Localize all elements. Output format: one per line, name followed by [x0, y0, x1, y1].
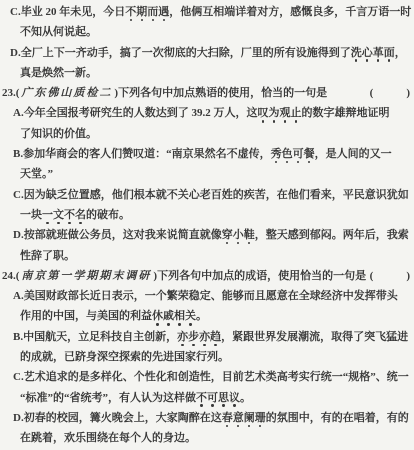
text-segment: ，	[395, 47, 406, 59]
continuation-line: 作用的中国，与美国的利益休戚相关。	[0, 306, 414, 326]
emphasized-idiom: 不期而遇	[125, 6, 169, 18]
text-segment: 不知从何说起。	[20, 26, 97, 38]
text-segment: 一块	[20, 209, 42, 221]
text-segment: 的氛围中，有的在唱着，有的	[266, 412, 409, 424]
source-citation: 广东佛山质检二	[19, 87, 114, 99]
source-citation: 南京第一学期期末调研	[19, 270, 153, 282]
emphasized-idiom: 休戚相关	[152, 310, 196, 322]
question-line: 23.(广东佛山质检二)下列各句中加点熟语的使用，恰当的一句是( )	[0, 83, 414, 103]
text-segment: 在跳着，欢乐围绕在每个人的身边。	[20, 432, 196, 444]
text-segment: 的成就，已跻身深空探索的先进国家行列。	[20, 351, 229, 363]
emphasized-idiom: 穿小鞋	[222, 229, 255, 241]
answer-bracket: ( )	[370, 83, 410, 103]
emphasized-idiom: 不可思议	[196, 392, 240, 404]
text-segment: ，是人间的又一	[315, 148, 392, 160]
emphasized-idiom: 春意阑珊	[222, 412, 266, 424]
continuation-line: 天堂。”	[0, 164, 414, 184]
text-segment: 。	[240, 392, 251, 404]
text-segment: )下列各句中加点熟语的使用，恰当的一句是	[114, 87, 327, 99]
exam-document: C.毕业 20 年未见，今日不期而遇，他俩互相端详着对方，感慨良多，千言万语一时…	[0, 0, 414, 450]
option-line: C.因为缺乏位置感，他们根本就不关心老百姓的疾苦，在他们看来，平民意识犹如	[0, 185, 414, 205]
text-segment: B.参加华商会的客人们赞叹道：“南京果然名不虚传，	[13, 148, 271, 160]
text-segment: ，紧跟世界发展潮流，取得了突飞猛进	[221, 331, 408, 343]
text-segment: ，整天感到郁闷。两年后，我索	[255, 229, 409, 241]
text-segment: 天堂。”	[20, 168, 53, 180]
text-segment: 的破布。	[86, 209, 130, 221]
text-segment: A.今年全国报考研究生的人数达到了 39.2 万人，这	[13, 107, 257, 119]
answer-bracket: ( )	[370, 266, 410, 286]
text-segment: 23.(	[2, 87, 19, 99]
continuation-line: 真是焕然一新。	[0, 63, 414, 83]
text-segment: 24.(	[2, 270, 19, 282]
option-line: C.毕业 20 年未见，今日不期而遇，他俩互相端详着对方，感慨良多，千言万语一时	[0, 2, 414, 22]
option-line: A.今年全国报考研究生的人数达到了 39.2 万人，这叹为观止的数字雄辩地证明	[0, 103, 414, 123]
question-line: 24.(南京第一学期期末调研)下列各句中加点的成语，使用恰当的一句是( )	[0, 266, 414, 286]
continuation-line: 一块一文不名的破布。	[0, 205, 414, 225]
option-line: C.艺术追求的是多样化、个性化和创造性，目前艺术类高考实行统一“规格”、统一	[0, 367, 414, 387]
text-segment: ，他俩互相端详着对方，感慨良多，千言万语一时	[169, 6, 411, 18]
emphasized-idiom: 秀色可餐	[271, 148, 315, 160]
emphasized-idiom: 叹为观止	[257, 107, 301, 119]
text-segment: 性辞了职。	[20, 250, 75, 262]
text-segment: 作用的中国，与美国的利益	[20, 310, 152, 322]
option-line: B.中国航天，立足科技自主创新，亦步亦趋，紧跟世界发展潮流，取得了突飞猛进	[0, 327, 414, 347]
emphasized-idiom: 亦步亦趋	[177, 331, 221, 343]
text-segment: D.全厂上下一齐动手，搞了一次彻底的大扫除，厂里的所有设施得到了	[10, 47, 351, 59]
text-segment: “标准”的“省统考”，有人认为这样做	[20, 392, 196, 404]
text-segment: C.毕业 20 年未见，今日	[10, 6, 125, 18]
text-segment: 真是焕然一新。	[20, 67, 97, 79]
emphasized-idiom: 洗心革面	[351, 47, 395, 59]
continuation-line: “标准”的“省统考”，有人认为这样做不可思议。	[0, 388, 414, 408]
option-line: D.初春的校园，篝火晚会上，大家陶醉在这春意阑珊的氛围中，有的在唱着，有的	[0, 408, 414, 428]
text-segment: 。	[196, 310, 207, 322]
continuation-line: 的成就，已跻身深空探索的先进国家行列。	[0, 347, 414, 367]
text-segment: D.初春的校园，篝火晚会上，大家陶醉在这	[13, 412, 222, 424]
option-line: D.全厂上下一齐动手，搞了一次彻底的大扫除，厂里的所有设施得到了洗心革面，	[0, 43, 414, 63]
option-line: A.美国财政部长近日表示，一个繁荣稳定、能够而且愿意在全球经济中发挥带头	[0, 286, 414, 306]
text-segment: C.艺术追求的是多样化、个性化和创造性，目前艺术类高考实行统一“规格”、统一	[13, 371, 409, 383]
text-segment: A.美国财政部长近日表示，一个繁荣稳定、能够而且愿意在全球经济中发挥带头	[13, 290, 398, 302]
text-segment: D.按部就班做公务员，这对我来说简直就像	[13, 229, 222, 241]
text-segment: )下列各句中加点的成语，使用恰当的一句是	[153, 270, 366, 282]
text-segment: 了知识的价值。	[20, 128, 97, 140]
continuation-line: 了知识的价值。	[0, 124, 414, 144]
option-line: B.参加华商会的客人们赞叹道：“南京果然名不虚传，秀色可餐，是人间的又一	[0, 144, 414, 164]
text-segment: B.中国航天，立足科技自主创新，	[13, 331, 177, 343]
document-lines: C.毕业 20 年未见，今日不期而遇，他俩互相端详着对方，感慨良多，千言万语一时…	[0, 2, 414, 449]
continuation-line: 在跳着，欢乐围绕在每个人的身边。	[0, 428, 414, 448]
text-segment: C.因为缺乏位置感，他们根本就不关心老百姓的疾苦，在他们看来，平民意识犹如	[13, 189, 409, 201]
continuation-line: 性辞了职。	[0, 246, 414, 266]
continuation-line: 不知从何说起。	[0, 22, 414, 42]
text-segment: 的数字雄辩地证明	[301, 107, 389, 119]
option-line: D.按部就班做公务员，这对我来说简直就像穿小鞋，整天感到郁闷。两年后，我索	[0, 225, 414, 245]
emphasized-idiom: 一文不名	[42, 209, 86, 221]
